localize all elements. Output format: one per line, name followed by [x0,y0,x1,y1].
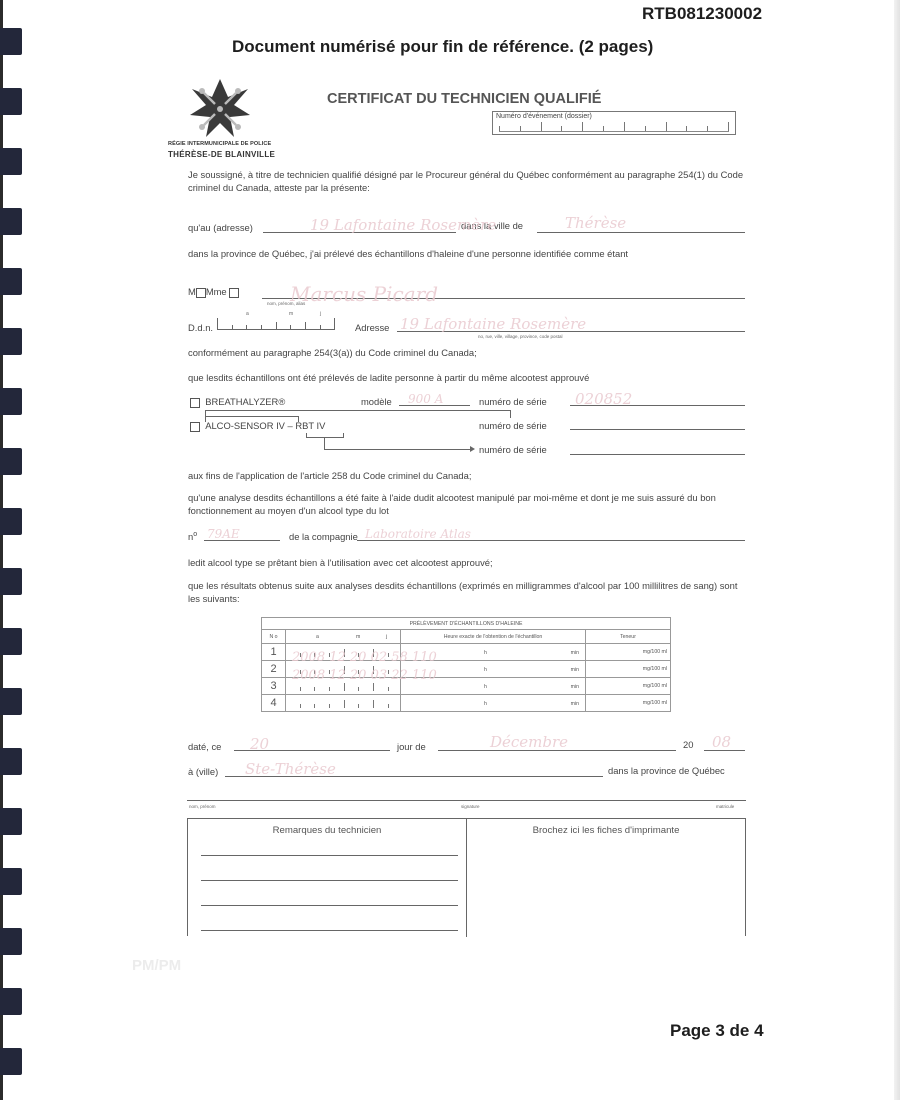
mr-checkbox[interactable] [196,288,206,298]
remarks-line-4[interactable] [201,930,458,931]
handwritten-address2: 19 Lafontaine Rosemère [400,315,586,333]
serial-label-1: numéro de série [479,396,547,407]
handwritten-city: Thérèse [565,214,626,232]
binding-ring [0,208,22,235]
dated-label: daté, ce [188,741,221,752]
address2-sublabel: no, rue, ville, village, province, code … [478,334,563,339]
sample-rate-input[interactable]: mg/100 ml [586,661,671,678]
col-rate: Teneur [586,630,671,644]
logo-org-line2: THÉRÈSE-DE BLAINVILLE [168,150,275,159]
handwritten-day: 20 [250,735,269,753]
handwritten-address: 19 Lafontaine Rosemère [310,216,496,234]
remarks-and-printout-box: Remarques du technicien Brochez ici les … [187,818,746,936]
handwritten-name: Marcus Picard [290,282,438,306]
dash: – [288,420,293,431]
arrow-right-icon [470,446,475,452]
sample-number: 3 [262,678,286,695]
binding-ring [0,448,22,475]
box-divider [466,819,467,937]
col-date: a m j [286,630,401,644]
model-label: modèle [361,396,392,407]
serial-label-3: numéro de série [479,444,547,455]
lot-label: no [188,531,197,542]
handwritten-year: 08 [712,733,731,751]
binding-ring [0,748,22,775]
binding-ring [0,88,22,115]
faint-stamp: PM/PM [132,957,181,974]
binding-ring [0,808,22,835]
results-sentence: que les résultats obtenus suite aux anal… [188,579,748,605]
table-caption: PRÉLÈVEMENT D'ÉCHANTILLONS D'HALEINE [262,618,671,630]
serial-input-3[interactable] [570,454,745,455]
analysis-sentence: qu'une analyse desdits échantillons a ét… [188,491,748,517]
sample-number: 4 [262,695,286,712]
dob-year-label: a [246,311,249,317]
mr-label: M [188,286,196,297]
signature-input[interactable] [187,800,746,801]
sig-name-label: nom, prénom [189,804,216,809]
binding-ring [0,148,22,175]
sig-badge-label: matricule [716,804,734,809]
intro-paragraph: Je soussigné, à titre de technicien qual… [188,168,748,194]
binding-ring [0,628,22,655]
scan-header: Document numérisé pour fin de référence.… [232,37,653,57]
breathalyzer-checkbox[interactable] [190,398,200,408]
rbt-connector [324,438,472,450]
day-of-label: jour de [397,741,426,752]
province-suffix: dans la province de Québec [608,765,725,776]
handwritten-row1: 2008 12 20 02 58 110 [292,650,437,665]
remarks-line-1[interactable] [201,855,458,856]
document-id: RTB081230002 [642,4,762,24]
binding-ring [0,28,22,55]
mrs-label: Mme [206,286,227,297]
dob-month-label: m [289,311,293,317]
mrs-checkbox[interactable] [229,288,239,298]
event-number-ticks [499,124,729,132]
alcohol-suitable: ledit alcool type se prêtant bien à l'ut… [188,557,493,568]
table-row: 4hminmg/100 ml [262,695,671,712]
handwritten-city2: Ste-Thérèse [245,760,336,778]
handwritten-company: Laboratoire Atlas [365,527,471,541]
dob-input[interactable]: a m j [217,318,335,330]
handwritten-model: 900 A [408,392,443,406]
binding-ring [0,688,22,715]
paragraph-254-3a: conformément au paragraphe 254(3(a)) du … [188,347,477,358]
year-prefix: 20 [683,739,693,750]
page-right-edge [894,0,900,1100]
handwritten-serial: 020852 [575,390,632,408]
samples-sentence: que lesdits échantillons ont été prélevé… [188,372,589,383]
city2-label: à (ville) [188,766,218,777]
serial-input-2[interactable] [570,429,745,430]
binding-ring [0,388,22,415]
col-no: N o [262,630,286,644]
binding-ring [0,928,22,955]
binding-ring [0,568,22,595]
col-time: Heure exacte de l'obtention de l'échanti… [401,630,586,644]
handwritten-lot: 79AE [207,527,240,541]
logo-org-line1: RÉGIE INTERMUNICIPALE DE POLICE [168,141,271,147]
spiral-binding [0,0,24,1100]
article-258: aux fins de l'application de l'article 2… [188,470,471,481]
sample-date-input[interactable] [286,695,401,712]
staple-title: Brochez ici les fiches d'imprimante [467,825,745,836]
sample-rate-input[interactable]: mg/100 ml [586,695,671,712]
address2-label: Adresse [355,322,389,333]
sample-rate-input[interactable]: mg/100 ml [586,644,671,661]
binding-ring [0,268,22,295]
binding-ring [0,868,22,895]
page-number: Page 3 de 4 [670,1021,764,1041]
breathalyzer-label: BREATHALYZER® [205,396,285,407]
sample-number: 2 [262,661,286,678]
breathalyzer-option: BREATHALYZER® [190,396,285,408]
sample-number: 1 [262,644,286,661]
company-label: de la compagnie [289,531,358,542]
rbt-label: RBT IV [295,420,325,431]
binding-ring [0,508,22,535]
alco-sensor-label: ALCO-SENSOR IV [205,420,285,431]
remarks-title: Remarques du technicien [188,825,466,836]
alco-sensor-checkbox[interactable] [190,422,200,432]
form-title: CERTIFICAT DU TECHNICIEN QUALIFIÉ [327,91,601,107]
sample-time-input[interactable]: hmin [401,695,586,712]
sample-rate-input[interactable]: mg/100 ml [586,678,671,695]
dob-day-label: j [320,311,321,317]
dob-label: D.d.n. [188,322,213,333]
remarks-line-2[interactable] [201,880,458,881]
handwritten-row2: 2008 12 20 03 22 110 [292,668,437,683]
remarks-line-3[interactable] [201,905,458,906]
binding-ring [0,1048,22,1075]
event-number-field[interactable]: Numéro d'événement (dossier) [492,111,736,135]
city-input[interactable] [537,232,745,233]
handwritten-month: Décembre [490,733,568,751]
serial-label-2: numéro de série [479,420,547,431]
binding-ring [0,328,22,355]
event-number-label: Numéro d'événement (dossier) [496,113,592,120]
title-selector: MMme [188,286,239,298]
province-sentence: dans la province de Québec, j'ai prélevé… [188,248,628,259]
address-label: qu'au (adresse) [188,222,253,233]
binding-ring [0,988,22,1015]
alco-sensor-option: ALCO-SENSOR IV – RBT IV [190,420,325,432]
sig-signature-label: signature [461,804,480,809]
